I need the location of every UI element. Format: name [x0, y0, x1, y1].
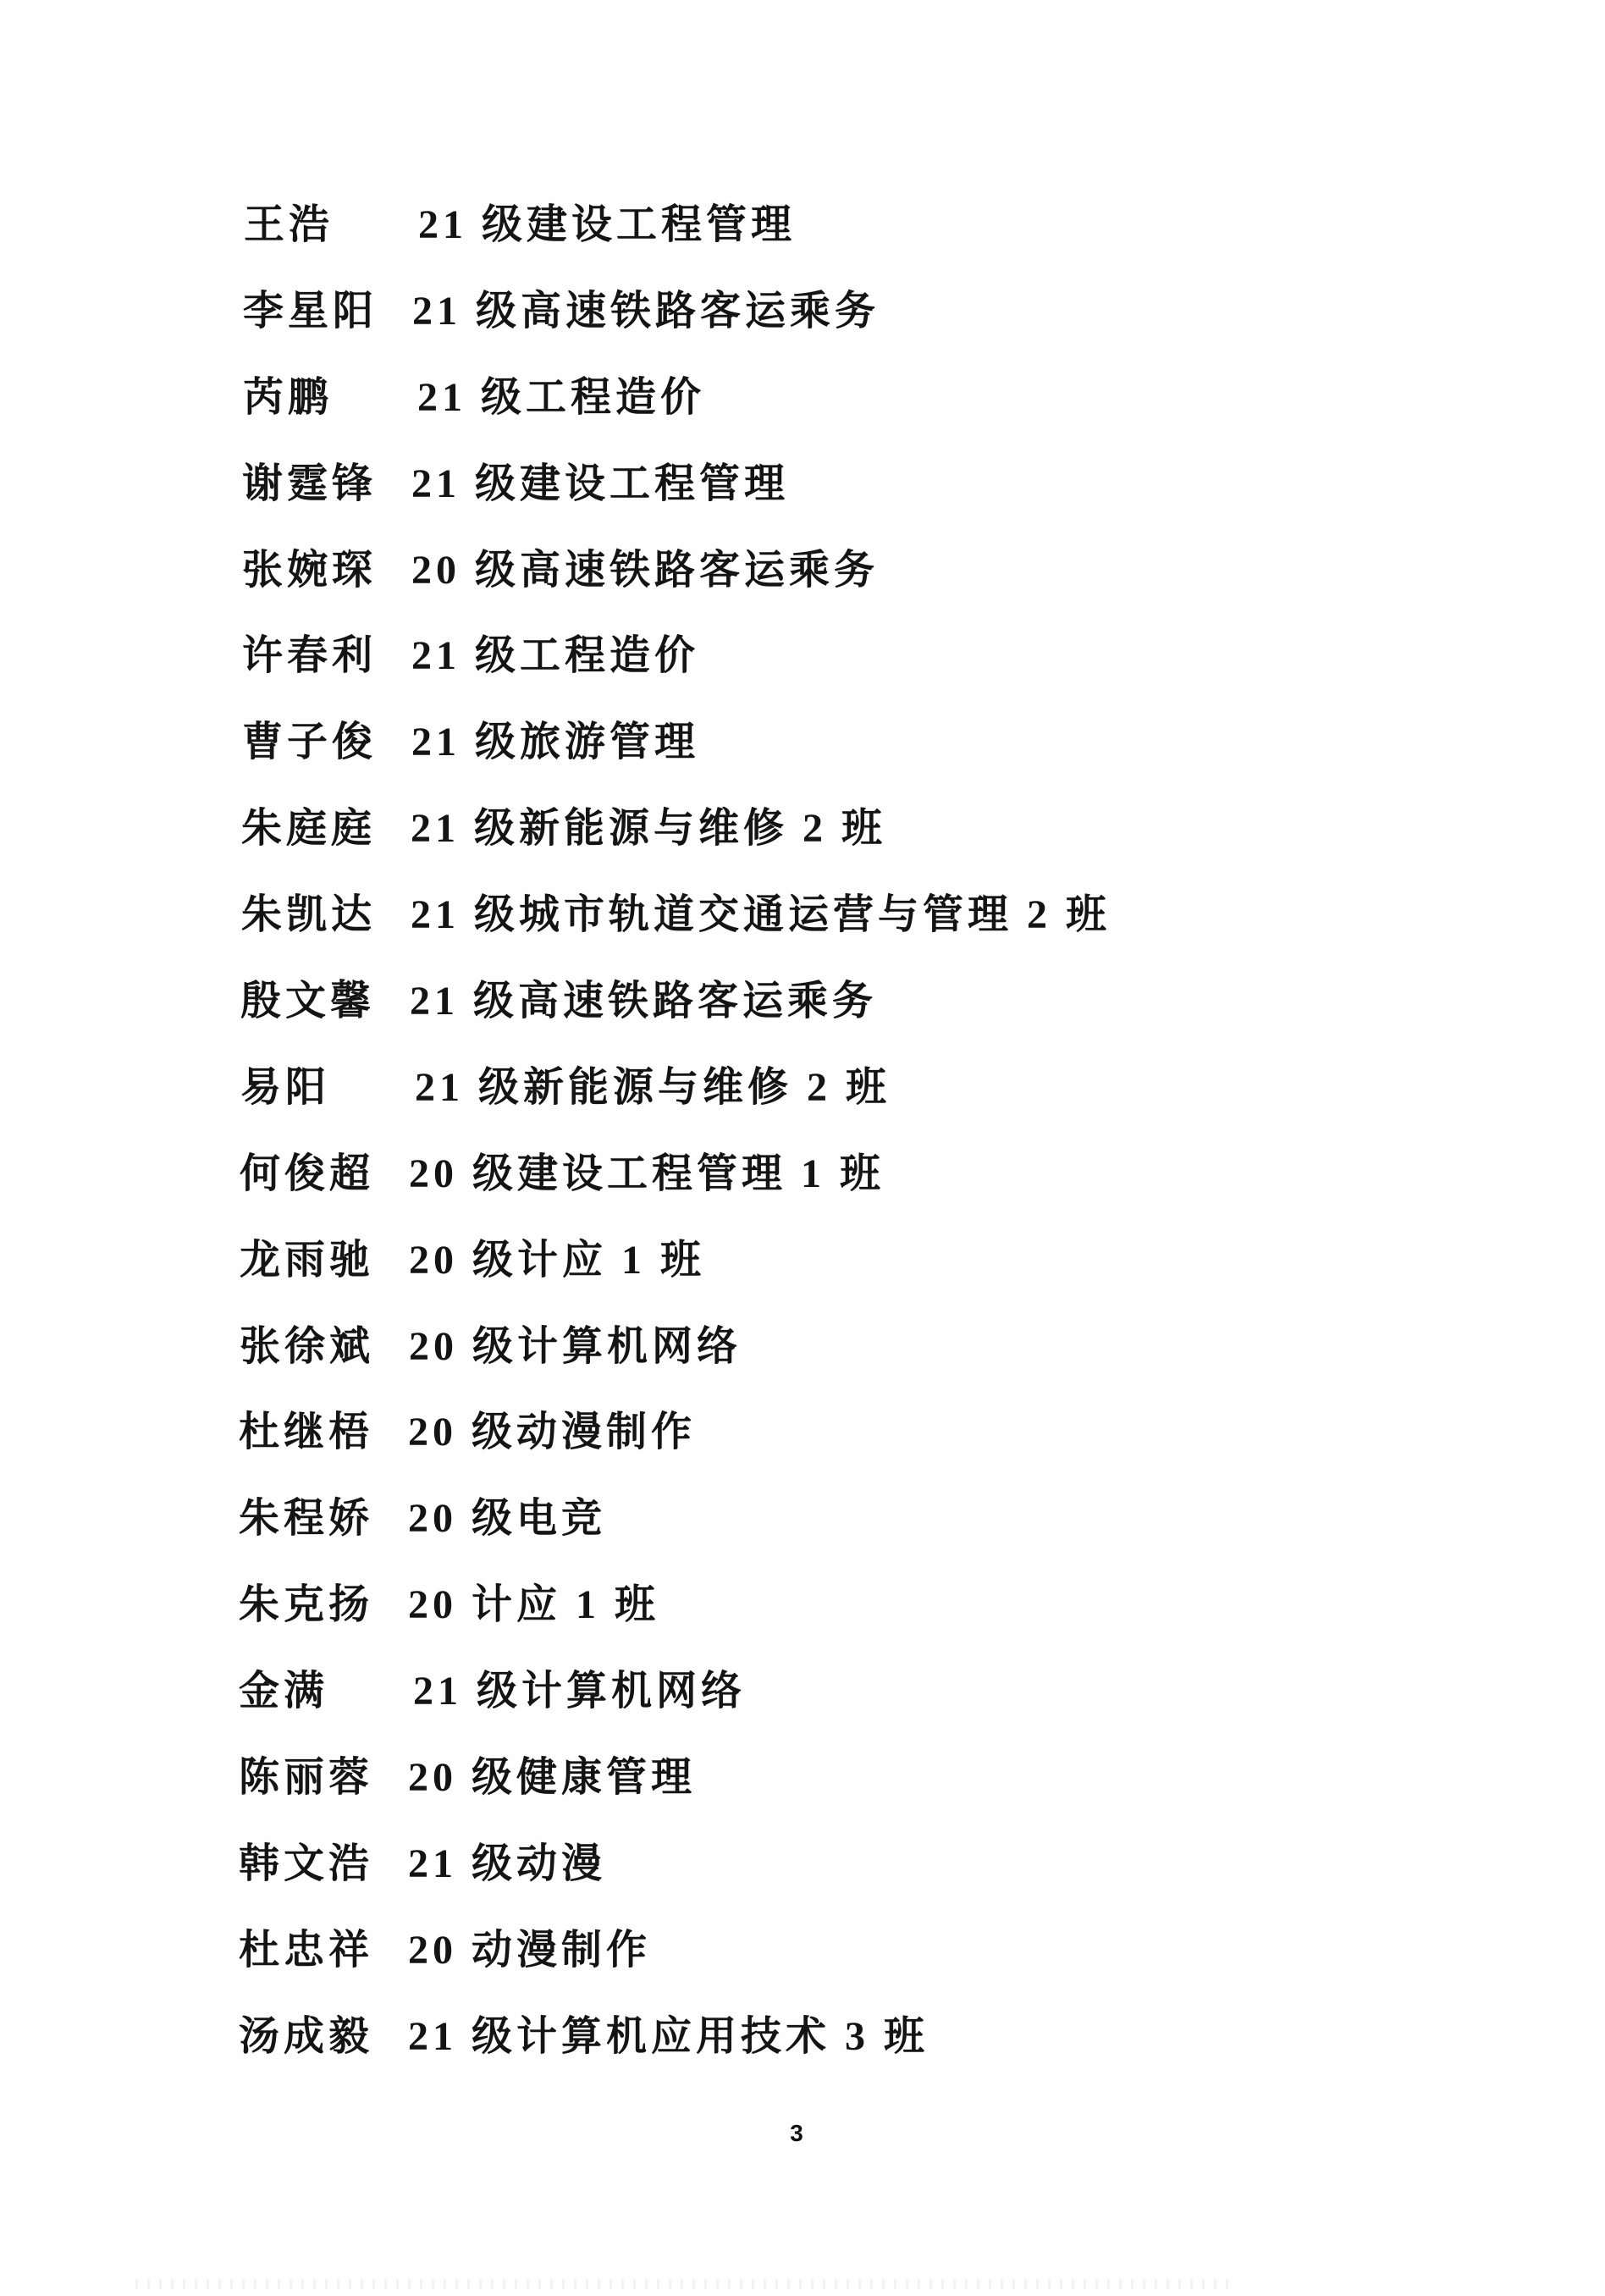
student-name: 许春利 [242, 631, 411, 682]
student-program: 20 级建设工程管理 1 班 [409, 1149, 885, 1200]
student-program: 21 级高速铁路客运乘务 [412, 286, 880, 337]
student-name: 朱程娇 [239, 1493, 408, 1544]
student-name: 韩文浩 [239, 1839, 408, 1890]
list-item: 杜继梧 20 级动漫制作 [239, 1407, 1339, 1493]
student-name: 金满 [239, 1666, 408, 1717]
student-name: 朱凯达 [241, 890, 411, 941]
student-program: 21 级城市轨道交通运营与管理 2 班 [411, 890, 1111, 941]
student-name: 杜继梧 [239, 1407, 408, 1458]
list-item: 李星阳 21 级高速铁路客运乘务 [239, 286, 1339, 373]
student-name: 汤成毅 [239, 2012, 408, 2062]
student-program: 20 级计应 1 班 [409, 1235, 705, 1286]
list-item: 龙雨驰 20 级计应 1 班 [239, 1235, 1339, 1322]
list-item: 朱程娇 20 级电竞 [239, 1493, 1339, 1580]
student-program: 20 级电竞 [408, 1493, 606, 1544]
student-name: 龙雨驰 [240, 1235, 409, 1286]
scan-artifact-streak [135, 2279, 1236, 2289]
student-name: 张徐斌 [240, 1322, 409, 1372]
student-program: 21 级计算机网络 [413, 1666, 746, 1717]
student-program: 21 级工程造价 [417, 373, 705, 423]
list-item: 金满 21 级计算机网络 [239, 1666, 1339, 1752]
document-page: 王浩 21 级建设工程管理 李星阳 21 级高速铁路客运乘务 芮鹏 21 级工程… [0, 0, 1605, 2296]
list-item: 殷文馨 21 级高速铁路客运乘务 [239, 976, 1339, 1062]
list-item: 易阳 21 级新能源与维修 2 班 [239, 1062, 1339, 1149]
student-program: 20 级计算机网络 [409, 1322, 742, 1372]
name-roster-list: 王浩 21 级建设工程管理 李星阳 21 级高速铁路客运乘务 芮鹏 21 级工程… [239, 200, 1339, 2098]
student-name: 朱克扬 [239, 1580, 408, 1631]
student-program: 21 级新能源与维修 2 班 [415, 1062, 891, 1113]
list-item: 许春利 21 级工程造价 [239, 631, 1339, 717]
student-program: 21 级建设工程管理 [418, 200, 796, 251]
student-program: 21 级工程造价 [411, 631, 699, 682]
student-name: 朱庭庭 [241, 803, 411, 854]
student-program: 21 级新能源与维修 2 班 [411, 803, 886, 854]
student-program: 20 级健康管理 [408, 1752, 696, 1803]
student-name: 曹子俊 [242, 717, 411, 768]
list-item: 谢霆锋 21 级建设工程管理 [239, 459, 1339, 545]
list-item: 朱庭庭 21 级新能源与维修 2 班 [239, 803, 1339, 890]
student-name: 张婉琛 [242, 545, 411, 596]
student-name: 谢霆锋 [242, 459, 411, 510]
student-program: 21 级计算机应用技术 3 班 [408, 2012, 929, 2062]
list-item: 陈丽蓉 20 级健康管理 [239, 1752, 1339, 1839]
student-program: 21 级旅游管理 [411, 717, 699, 768]
student-program: 21 级高速铁路客运乘务 [410, 976, 877, 1027]
list-item: 王浩 21 级建设工程管理 [239, 200, 1339, 286]
student-name: 何俊超 [240, 1149, 409, 1200]
list-item: 芮鹏 21 级工程造价 [239, 373, 1339, 459]
student-name: 易阳 [240, 1062, 410, 1113]
student-name: 杜忠祥 [239, 1925, 408, 1976]
student-program: 20 计应 1 班 [408, 1580, 659, 1631]
student-name: 芮鹏 [243, 373, 412, 423]
student-program: 20 级动漫制作 [408, 1407, 696, 1458]
page-number: 3 [787, 2117, 806, 2150]
student-name: 陈丽蓉 [239, 1752, 408, 1803]
student-program: 21 级动漫 [408, 1839, 606, 1890]
list-item: 杜忠祥 20 动漫制作 [239, 1925, 1339, 2012]
student-program: 20 级高速铁路客运乘务 [411, 545, 879, 596]
student-name: 李星阳 [243, 286, 412, 337]
student-name: 殷文馨 [240, 976, 410, 1027]
list-item: 曹子俊 21 级旅游管理 [239, 717, 1339, 803]
list-item: 朱凯达 21 级城市轨道交通运营与管理 2 班 [239, 890, 1339, 976]
list-item: 张徐斌 20 级计算机网络 [239, 1322, 1339, 1408]
student-program: 21 级建设工程管理 [411, 459, 789, 510]
list-item: 韩文浩 21 级动漫 [239, 1839, 1339, 1925]
list-item: 张婉琛 20 级高速铁路客运乘务 [239, 545, 1339, 632]
student-program: 20 动漫制作 [408, 1925, 651, 1976]
list-item: 汤成毅 21 级计算机应用技术 3 班 [239, 2012, 1339, 2098]
list-item: 朱克扬 20 计应 1 班 [239, 1580, 1339, 1666]
list-item: 何俊超 20 级建设工程管理 1 班 [239, 1149, 1339, 1235]
student-name: 王浩 [244, 200, 413, 251]
